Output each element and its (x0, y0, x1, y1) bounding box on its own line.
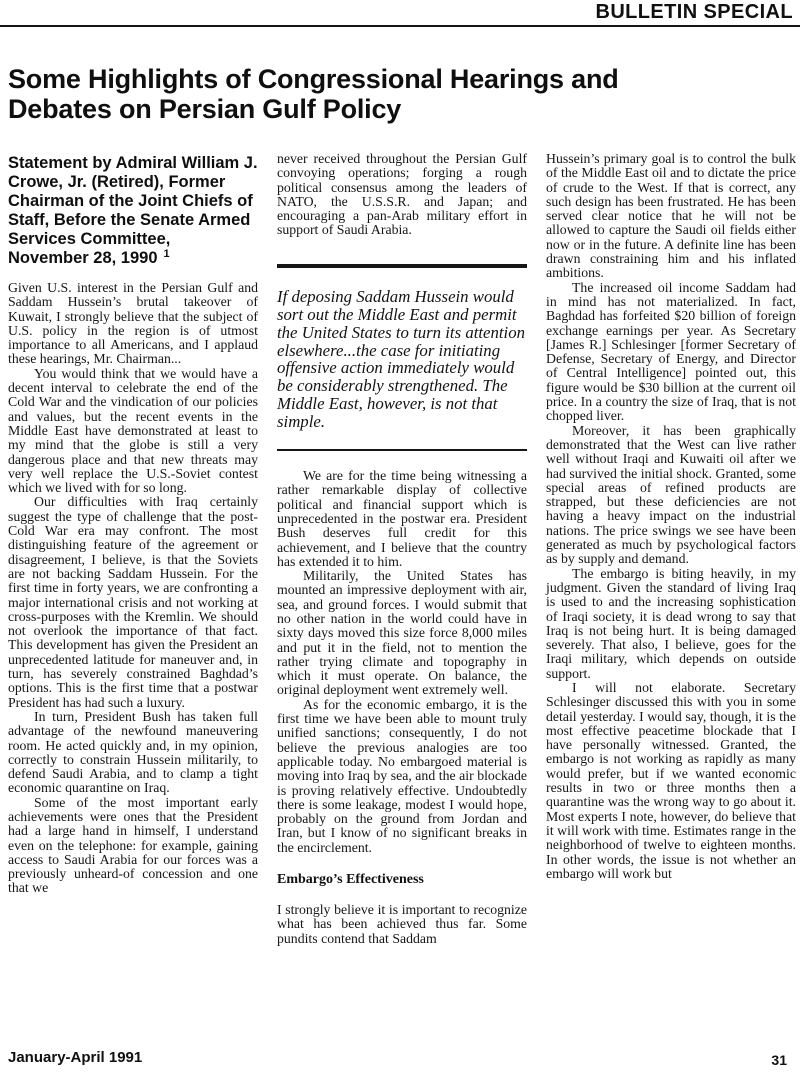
paragraph: As for the economic embargo, it is the f… (277, 698, 527, 855)
bulletin-page: BULLETIN SPECIAL Some Highlights of Cong… (0, 0, 800, 1083)
paragraph: We are for the time being witnessing a r… (277, 469, 527, 569)
byline-date: November 28, 19901 (8, 249, 258, 268)
paragraph: I strongly believe it is important to re… (277, 903, 527, 946)
statement-byline: Statement by Admiral William J. Crowe, J… (8, 154, 258, 268)
paragraph: In turn, President Bush has taken full a… (8, 710, 258, 796)
footnote-reference: 1 (164, 248, 170, 260)
article-columns: Statement by Admiral William J. Crowe, J… (8, 152, 796, 946)
column-2: never received throughout the Persian Gu… (277, 152, 527, 946)
paragraph: Moreover, it has been graphically demons… (546, 424, 796, 567)
paragraph: never received throughout the Persian Gu… (277, 152, 527, 238)
pull-quote: If deposing Saddam Hussein would sort ou… (277, 288, 527, 431)
footer-page-number: 31 (771, 1052, 787, 1068)
byline-text: Statement by Admiral William J. Crowe, J… (8, 154, 258, 248)
paragraph: Given U.S. interest in the Persian Gulf … (8, 281, 258, 367)
article-title: Some Highlights of Congressional Hearing… (8, 64, 653, 124)
paragraph: The increased oil income Saddam had in m… (546, 281, 796, 424)
column-1: Statement by Admiral William J. Crowe, J… (8, 152, 258, 946)
column-3: Hussein’s primary goal is to control the… (546, 152, 796, 946)
paragraph: Our difficulties with Iraq certainly sug… (8, 495, 258, 709)
paragraph: Some of the most important early achieve… (8, 796, 258, 896)
paragraph: I will not elaborate. Secretary Schlesin… (546, 681, 796, 881)
bulletin-kicker: BULLETIN SPECIAL (595, 1, 793, 24)
pullquote-bottom-rule (277, 449, 527, 451)
byline-date-text: November 28, 1990 (8, 249, 158, 267)
paragraph: The embargo is biting heavily, in my jud… (546, 567, 796, 681)
header-rule (0, 25, 800, 27)
section-subhead: Embargo’s Effectiveness (277, 872, 527, 888)
paragraph: Hussein’s primary goal is to control the… (546, 152, 796, 281)
footer-issue-label: January-April 1991 (8, 1049, 142, 1066)
paragraph: Militarily, the United States has mounte… (277, 569, 527, 698)
paragraph: You would think that we would have a dec… (8, 367, 258, 496)
pullquote-top-rule (277, 264, 527, 268)
